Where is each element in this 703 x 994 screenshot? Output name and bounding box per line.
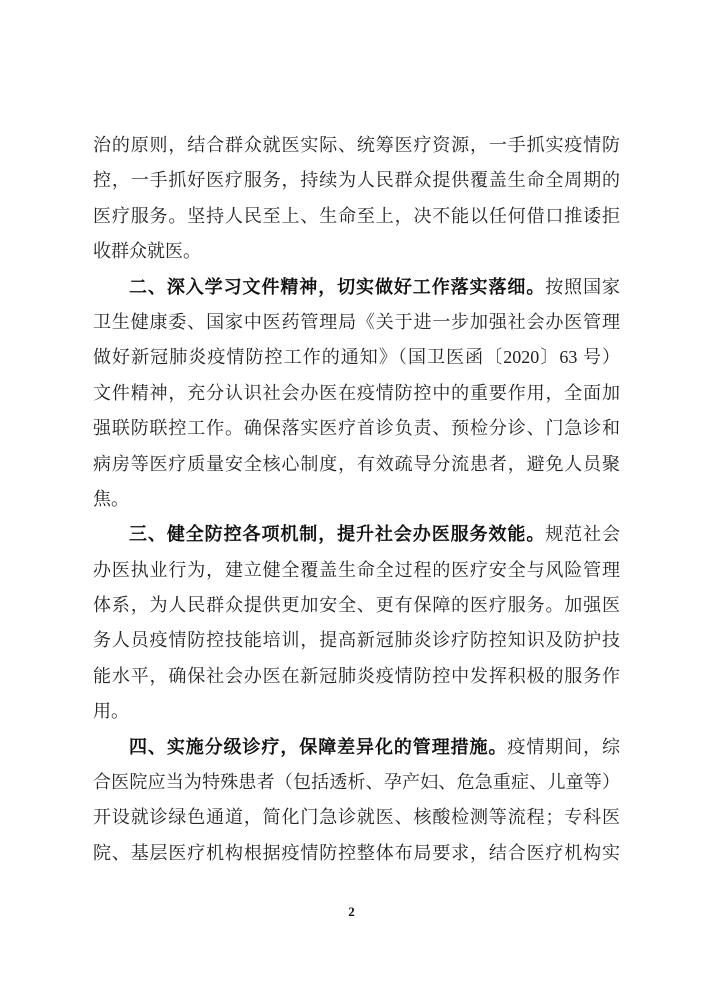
text-line: 强联防联控工作。确保落实医疗首诊负责、预检分诊、门急诊和 [93,411,620,446]
body-text-segment: 院、基层医疗机构根据疫情防控整体布局要求，结合医疗机构实 [93,843,620,863]
body-text-segment: 体系，为人民群众提供更加安全、更有保障的医疗服务。加强医 [93,595,620,615]
text-line: 做好新冠肺炎疫情防控工作的通知》（国卫医函〔2020〕63 号） [93,340,620,375]
text-line: 病房等医疗质量安全核心制度，有效疏导分流患者，避免人员聚 [93,447,620,482]
section-heading-segment: 四、实施分级诊疗，保障差异化的管理措施。 [129,737,507,757]
body-text-segment: 疫情期间，综 [507,737,620,757]
body-text-segment: 焦。 [93,489,129,509]
paragraph-continuation: 治的原则，结合群众就医实际、统筹医疗资源，一手抓实疫情防控，一手抓好医疗服务，持… [93,128,620,270]
body-text-segment: 治的原则，结合群众就医实际、统筹医疗资源，一手抓实疫情防 [93,135,620,155]
body-text-segment: 收群众就医。 [93,241,201,261]
text-line: 文件精神，充分认识社会办医在疫情防控中的重要作用，全面加 [93,376,620,411]
body-text-segment: 医疗服务。坚持人民至上、生命至上，决不能以任何借口推诿拒 [93,206,620,226]
body-text-segment: 控，一手抓好医疗服务，持续为人民群众提供覆盖生命全周期的 [93,170,620,190]
section-heading-segment: 三、健全防控各项机制，提升社会办医服务效能。 [129,524,545,544]
text-line: 合医院应当为特殊患者（包括透析、孕产妇、危急重症、儿童等） [93,765,620,800]
body-text-segment: 用。 [93,701,129,721]
text-line: 收群众就医。 [93,234,620,269]
text-line: 务人员疫情防控技能培训，提高新冠肺炎诊疗防控知识及防护技 [93,623,620,658]
body-text-segment: 办医执业行为，建立健全覆盖生命全过程的医疗安全与风险管理 [93,560,620,580]
page-number: 2 [348,904,355,919]
text-line: 办医执业行为，建立健全覆盖生命全过程的医疗安全与风险管理 [93,553,620,588]
text-line: 医疗服务。坚持人民至上、生命至上，决不能以任何借口推诿拒 [93,199,620,234]
text-line: 三、健全防控各项机制，提升社会办医服务效能。规范社会 [93,517,620,552]
paragraph-section-2: 二、深入学习文件精神，切实做好工作落实落细。按照国家卫生健康委、国家中医药管理局… [93,270,620,518]
body-text-segment: 开设就诊绿色通道，简化门急诊就医、核酸检测等流程；专科医 [93,807,620,827]
text-line: 体系，为人民群众提供更加安全、更有保障的医疗服务。加强医 [93,588,620,623]
body-text-segment: 合医院应当为特殊患者（包括透析、孕产妇、危急重症、儿童等） [93,772,620,792]
paragraph-section-4: 四、实施分级诊疗，保障差异化的管理措施。疫情期间，综合医院应当为特殊患者（包括透… [93,730,620,872]
body-text-segment: 卫生健康委、国家中医药管理局《关于进一步加强社会办医管理 [93,312,620,332]
body-text-segment: 做好新冠肺炎疫情防控工作的通知》（国卫医函〔2020〕63 号） [93,347,620,367]
text-line: 开设就诊绿色通道，简化门急诊就医、核酸检测等流程；专科医 [93,800,620,835]
body-text-segment: 强联防联控工作。确保落实医疗首诊负责、预检分诊、门急诊和 [93,418,620,438]
text-line: 能水平，确保社会办医在新冠肺炎疫情防控中发挥积极的服务作 [93,659,620,694]
text-line: 卫生健康委、国家中医药管理局《关于进一步加强社会办医管理 [93,305,620,340]
text-line: 控，一手抓好医疗服务，持续为人民群众提供覆盖生命全周期的 [93,163,620,198]
body-text-segment: 病房等医疗质量安全核心制度，有效疏导分流患者，避免人员聚 [93,454,620,474]
body-text-segment: 按照国家 [545,277,620,297]
text-line: 四、实施分级诊疗，保障差异化的管理措施。疫情期间，综 [93,730,620,765]
text-line: 用。 [93,694,620,729]
body-text-segment: 规范社会 [545,524,620,544]
text-block: 治的原则，结合群众就医实际、统筹医疗资源，一手抓实疫情防控，一手抓好医疗服务，持… [93,128,620,871]
paragraph-section-3: 三、健全防控各项机制，提升社会办医服务效能。规范社会办医执业行为，建立健全覆盖生… [93,517,620,729]
text-line: 治的原则，结合群众就医实际、统筹医疗资源，一手抓实疫情防 [93,128,620,163]
document-page: 治的原则，结合群众就医实际、统筹医疗资源，一手抓实疫情防控，一手抓好医疗服务，持… [0,0,703,994]
body-text-segment: 务人员疫情防控技能培训，提高新冠肺炎诊疗防控知识及防护技 [93,630,620,650]
text-line: 焦。 [93,482,620,517]
section-heading-segment: 二、深入学习文件精神，切实做好工作落实落细。 [129,277,545,297]
page-footer: 2 [0,903,703,921]
text-line: 院、基层医疗机构根据疫情防控整体布局要求，结合医疗机构实 [93,836,620,871]
text-line: 二、深入学习文件精神，切实做好工作落实落细。按照国家 [93,270,620,305]
body-text-segment: 能水平，确保社会办医在新冠肺炎疫情防控中发挥积极的服务作 [93,666,620,686]
body-text-segment: 文件精神，充分认识社会办医在疫情防控中的重要作用，全面加 [93,383,620,403]
